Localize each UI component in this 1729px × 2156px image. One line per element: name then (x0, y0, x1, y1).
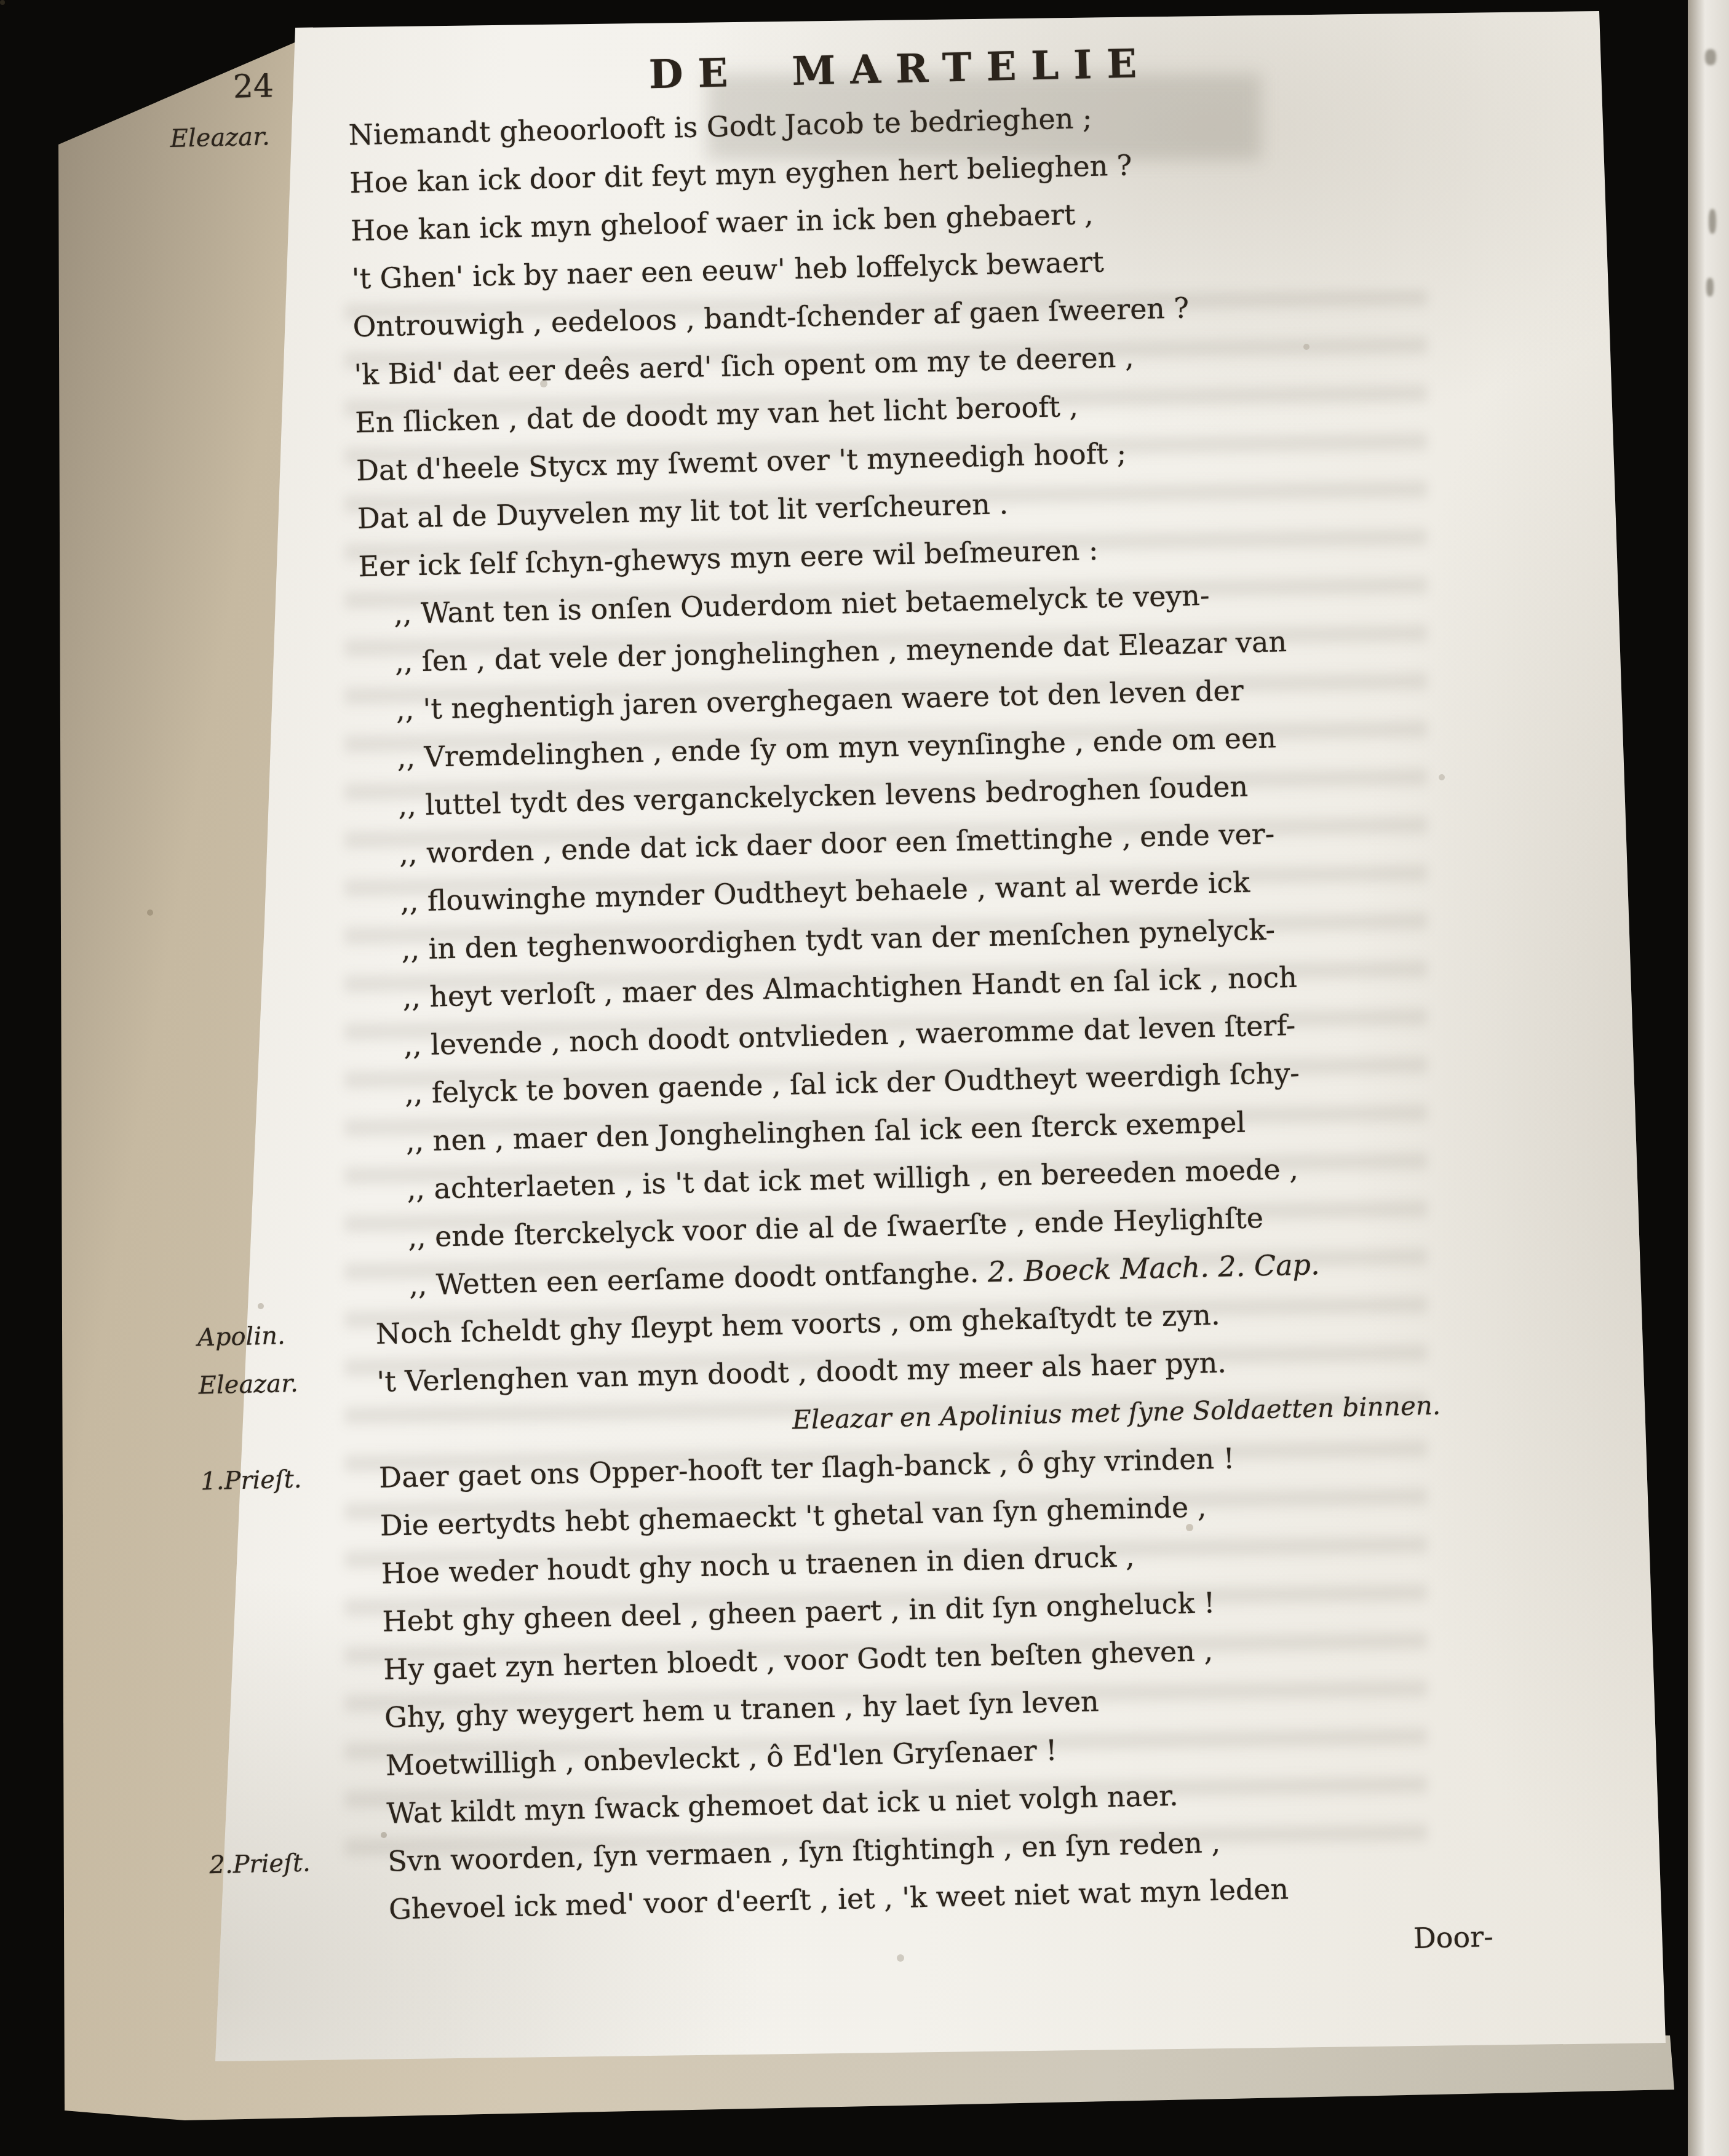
speaker-spacer (155, 446, 357, 499)
speaker-label: 1.Prieſt. (178, 1454, 380, 1506)
speaker-spacer (170, 1118, 372, 1170)
speaker-label: Eleazar. (176, 1358, 378, 1410)
quote-line-text: ,, Wetten een eerſame doodt ontfanghe. (409, 1255, 988, 1301)
speaker-spacer (168, 1022, 370, 1074)
speaker-spacer (166, 926, 368, 978)
speaker-label: Apolin. (175, 1310, 376, 1362)
speaker-spacer (185, 1742, 386, 1794)
speaker-label: Eleazar. (148, 111, 349, 163)
speaker-spacer (173, 1262, 375, 1314)
speaker-spacer (180, 1550, 382, 1602)
speaker-spacer (179, 1502, 381, 1554)
speaker-spacer (169, 1070, 371, 1122)
speaker-spacer (165, 878, 367, 930)
speaker-spacer (149, 159, 351, 211)
page-edge-mark (1706, 278, 1714, 296)
speaker-spacer (188, 1885, 389, 1938)
speaker-spacer (159, 590, 360, 643)
speaker-spacer (154, 398, 356, 451)
speaker-spacer (186, 1789, 388, 1842)
speaker-spacer (162, 734, 364, 787)
speaker-spacer (152, 303, 354, 355)
speaker-spacer (183, 1694, 385, 1746)
speaker-spacer (167, 974, 369, 1026)
speaker-spacer (151, 255, 352, 307)
speaker-spacer (159, 638, 361, 691)
speaker-spacer (161, 686, 362, 739)
page-edge-mark (1709, 209, 1716, 234)
page-content: 24 DE MARTELIE Eleazar. Niemandt gheoorl… (146, 0, 1623, 1994)
speaker-spacer (156, 494, 358, 547)
page-number: 24 (233, 67, 313, 106)
page-edge-mark (1705, 49, 1716, 65)
book-photo: 24 DE MARTELIE Eleazar. Niemandt gheoorl… (0, 0, 1729, 2156)
speaker-spacer (163, 782, 365, 834)
speaker-spacer (157, 542, 359, 595)
catchword: Door- (1413, 1920, 1493, 1955)
paper-specks (0, 0, 5, 5)
speaker-spacer (153, 351, 355, 403)
scripture-citation: 2. Boeck Mach. 2. Cap. (987, 1248, 1320, 1288)
speaker-spacer (181, 1598, 383, 1650)
speaker-label: 2.Prieſt. (187, 1837, 389, 1890)
speaker-spacer (149, 207, 351, 259)
speaker-spacer (173, 1214, 375, 1266)
speaker-spacer (164, 830, 365, 882)
speaker-spacer (183, 1646, 384, 1698)
adjacent-page-edge (1688, 0, 1729, 2156)
speaker-spacer (172, 1166, 373, 1218)
